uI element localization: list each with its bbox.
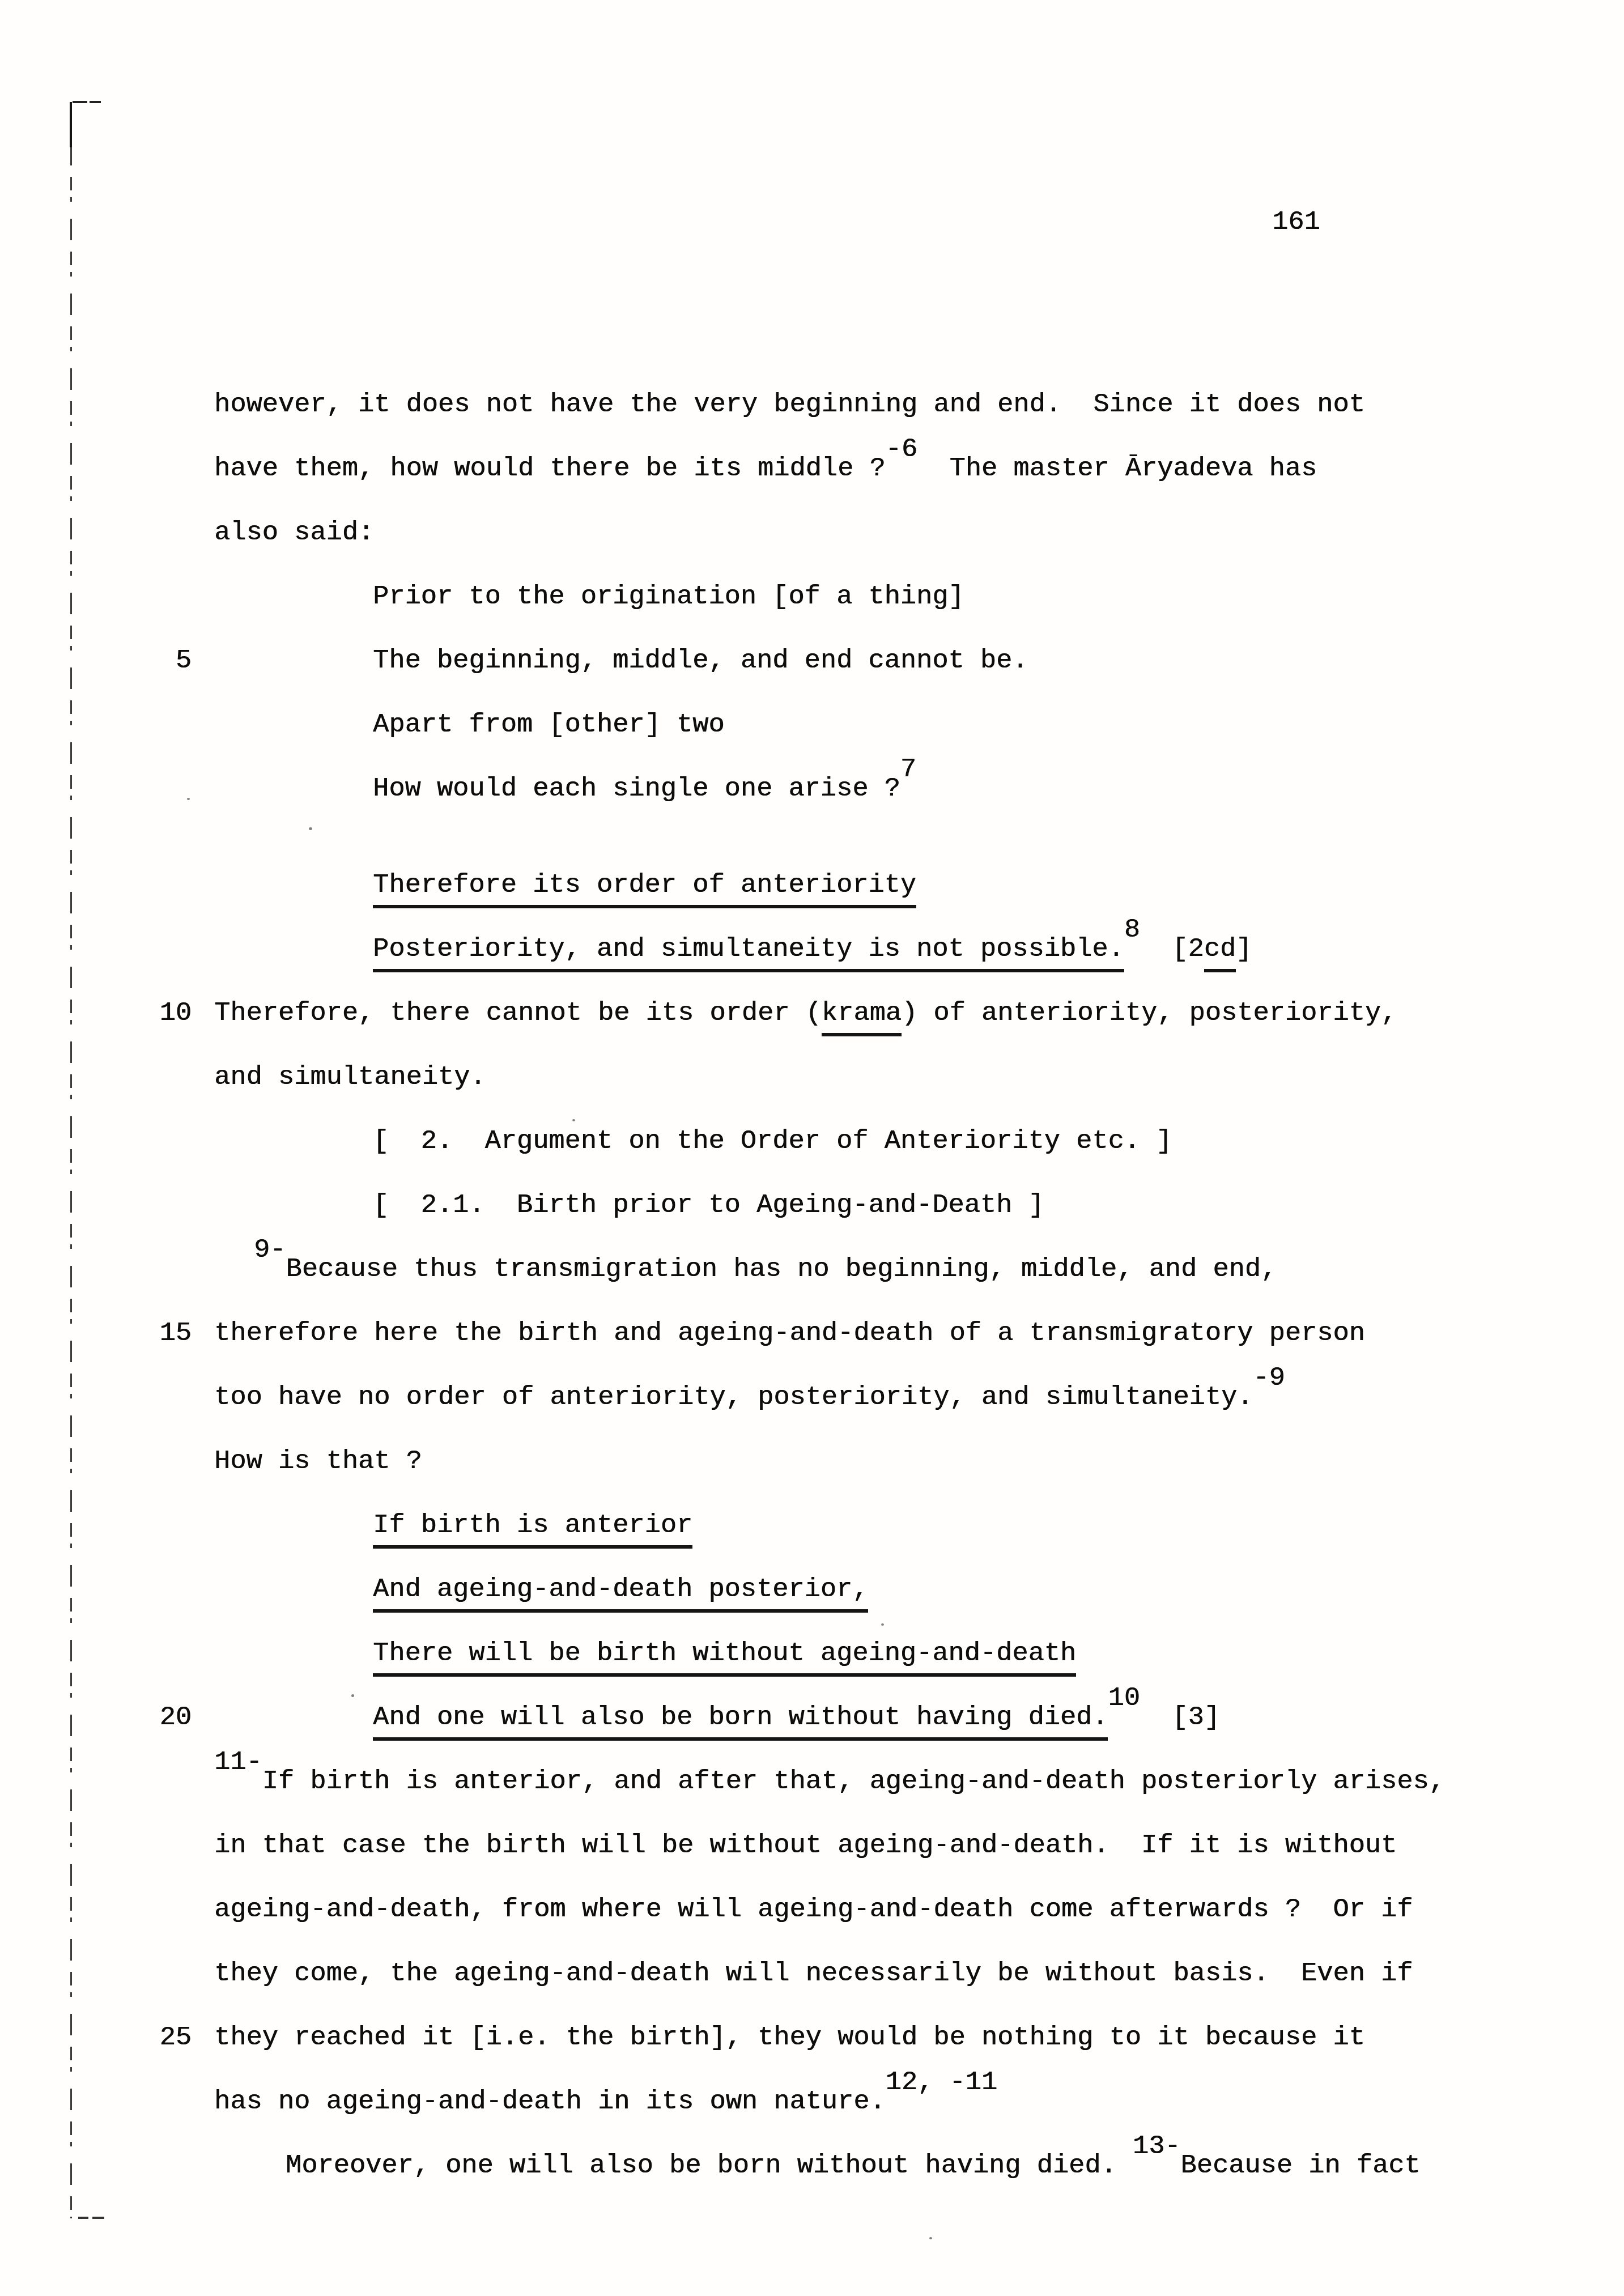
text-segment: has no ageing-and-death in its own natur…	[214, 2087, 886, 2118]
text-segment: The beginning, middle, and end cannot be…	[373, 646, 1028, 677]
text-segment: also said:	[214, 518, 374, 549]
scan-speck	[187, 798, 190, 800]
text-segment: ]	[1236, 934, 1252, 965]
text-line: they reached it [i.e. the birth], they w…	[214, 2023, 1365, 2053]
underlined-text: krama	[822, 998, 902, 1036]
margin-line-number: 10	[113, 998, 192, 1029]
text-line: has no ageing-and-death in its own natur…	[214, 2087, 997, 2118]
underlined-text: cd	[1204, 934, 1236, 972]
text-segment: [2	[1140, 934, 1204, 965]
text-line: they come, the ageing-and-death will nec…	[214, 1959, 1413, 1989]
text-segment: How is that ?	[214, 1447, 422, 1477]
underlined-text: Therefore its order of anteriority	[373, 870, 916, 908]
superscript-note-marker: -9	[1253, 1363, 1285, 1394]
text-line: in that case the birth will be without a…	[214, 1831, 1397, 1861]
superscript-note-marker: 8	[1124, 915, 1140, 946]
text-segment: Because thus transmigration has no begin…	[286, 1255, 1277, 1285]
margin-line-number: 20	[113, 1703, 192, 1733]
scan-speck	[351, 1694, 354, 1697]
text-line: and simultaneity.	[214, 1062, 486, 1093]
text-line: How is that ?	[214, 1447, 422, 1477]
text-line: too have no order of anteriority, poster…	[214, 1383, 1285, 1413]
text-line: And ageing-and-death posterior,	[373, 1575, 868, 1613]
text-segment: have them, how would there be its middle…	[214, 454, 886, 484]
text-line: Posteriority, and simultaneity is not po…	[373, 934, 1252, 972]
underlined-text: There will be birth without ageing-and-d…	[373, 1639, 1076, 1677]
text-segment: How would each single one arise ?	[373, 774, 900, 805]
scan-corner-tick-top	[73, 101, 101, 103]
superscript-note-marker: 10	[1108, 1683, 1140, 1714]
text-segment: and simultaneity.	[214, 1062, 486, 1093]
text-line: Therefore its order of anteriority	[373, 870, 916, 908]
text-line: If birth is anterior	[373, 1511, 692, 1549]
underlined-text: If birth is anterior	[373, 1511, 692, 1549]
superscript-note-marker: 12, -11	[886, 2068, 997, 2098]
superscript-note-marker: -6	[886, 435, 917, 465]
text-segment: [ 2. Argument on the Order of Anteriorit…	[373, 1126, 1172, 1157]
margin-line-number: 15	[113, 1319, 192, 1349]
scan-speck	[309, 827, 312, 830]
text-line: How would each single one arise ?7	[373, 774, 916, 805]
scan-edge-line-top	[70, 102, 72, 147]
text-segment: If birth is anterior, and after that, ag…	[262, 1767, 1445, 1797]
text-line: [ 2. Argument on the Order of Anteriorit…	[373, 1126, 1172, 1157]
text-segment: too have no order of anteriority, poster…	[214, 1383, 1253, 1413]
text-segment: The master Āryadeva has	[917, 454, 1317, 484]
superscript-note-marker: 9-	[254, 1235, 286, 1266]
superscript-note-marker: 11-	[214, 1747, 262, 1778]
text-segment: [3]	[1140, 1703, 1220, 1733]
underlined-text: And ageing-and-death posterior,	[373, 1575, 868, 1613]
superscript-note-marker: 13-	[1133, 2132, 1181, 2162]
page-number: 161	[1272, 207, 1320, 238]
text-line: have them, how would there be its middle…	[214, 454, 1317, 484]
text-line: 11-If birth is anterior, and after that,…	[214, 1767, 1445, 1797]
text-line: Moreover, one will also be born without …	[286, 2151, 1421, 2182]
text-line: And one will also be born without having…	[373, 1703, 1220, 1741]
scan-speck	[929, 2237, 932, 2239]
text-segment: Apart from [other] two	[373, 710, 725, 741]
text-segment: in that case the birth will be without a…	[214, 1831, 1397, 1861]
scan-corner-tick-bottom	[78, 2217, 104, 2219]
text-segment: Because in fact	[1180, 2151, 1420, 2182]
text-segment: Prior to the origination [of a thing]	[373, 582, 964, 613]
text-segment: however, it does not have the very begin…	[214, 390, 1365, 420]
superscript-note-marker: 7	[900, 755, 916, 785]
text-segment: therefore here the birth and ageing-and-…	[214, 1319, 1365, 1349]
text-segment: Therefore, there cannot be its order (	[214, 998, 822, 1029]
text-segment: they come, the ageing-and-death will nec…	[214, 1959, 1413, 1989]
text-segment: [ 2.1. Birth prior to Ageing-and-Death ]	[373, 1190, 1044, 1221]
text-line: ageing-and-death, from where will ageing…	[214, 1895, 1413, 1925]
margin-line-number: 25	[113, 2023, 192, 2053]
text-line: Apart from [other] two	[373, 710, 725, 741]
scan-speck	[572, 1119, 575, 1121]
scan-edge-line	[70, 102, 72, 2218]
text-line: however, it does not have the very begin…	[214, 390, 1365, 420]
text-line: The beginning, middle, and end cannot be…	[373, 646, 1028, 677]
text-line: There will be birth without ageing-and-d…	[373, 1639, 1076, 1677]
text-line: Therefore, there cannot be its order (kr…	[214, 998, 1397, 1036]
text-segment: they reached it [i.e. the birth], they w…	[214, 2023, 1365, 2053]
text-line: 9-Because thus transmigration has no beg…	[254, 1255, 1277, 1285]
underlined-text: And one will also be born without having…	[373, 1703, 1108, 1741]
margin-line-number: 5	[113, 646, 192, 677]
text-segment: ) of anteriority, posteriority,	[902, 998, 1397, 1029]
scan-speck	[881, 1623, 884, 1626]
underlined-text: Posteriority, and simultaneity is not po…	[373, 934, 1124, 972]
text-line: therefore here the birth and ageing-and-…	[214, 1319, 1365, 1349]
text-line: Prior to the origination [of a thing]	[373, 582, 964, 613]
text-line: also said:	[214, 518, 374, 549]
scanned-page: 161 however, it does not have the very b…	[0, 0, 1624, 2296]
text-segment: Moreover, one will also be born without …	[286, 2151, 1133, 2182]
text-segment: ageing-and-death, from where will ageing…	[214, 1895, 1413, 1925]
text-line: [ 2.1. Birth prior to Ageing-and-Death ]	[373, 1190, 1044, 1221]
